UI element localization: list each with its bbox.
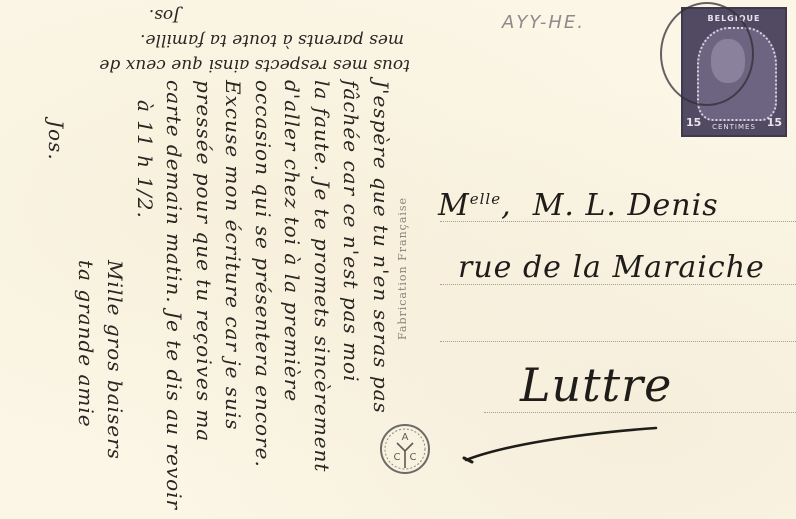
recipient-name-text: M. L. Denis bbox=[533, 188, 719, 223]
publisher-logo-icon: A C C bbox=[378, 422, 432, 476]
message-line: d'aller chez toi à la première bbox=[277, 80, 307, 519]
message-line: occasion qui se présentera encore. bbox=[248, 80, 278, 519]
stamp-country: BELGIQUE bbox=[683, 14, 785, 23]
closing-signature: Jos. bbox=[41, 80, 71, 519]
recipient-city: Luttre bbox=[520, 358, 672, 412]
message-line: Excuse mon écriture car je suis bbox=[218, 80, 248, 519]
postcard-back: tous mes respects ainsi que ceux de mes … bbox=[0, 0, 796, 519]
postscript-line: mes parents à toute ta famille. bbox=[10, 27, 410, 52]
svg-text:A: A bbox=[402, 432, 409, 443]
svg-text:C: C bbox=[394, 452, 401, 463]
stamp-value: 15 bbox=[686, 116, 701, 129]
address-dotted-line bbox=[440, 341, 796, 342]
closing-line: Mille gros baisers bbox=[100, 80, 130, 519]
recipient-street: rue de la Maraiche bbox=[458, 250, 765, 285]
stamp-value: 15 bbox=[767, 116, 782, 129]
recipient-title: M bbox=[438, 188, 470, 223]
recipient-title-sup: elle bbox=[470, 190, 501, 208]
message-line: à 11 h 1/2. bbox=[130, 80, 160, 519]
svg-text:C: C bbox=[410, 452, 417, 463]
address-dotted-line bbox=[484, 412, 796, 413]
king-portrait-icon bbox=[711, 39, 745, 83]
message-line: fâchée car ce n'est pas moi bbox=[336, 80, 366, 519]
postscript-signature: Jos. bbox=[10, 2, 410, 27]
stamp-currency: CENTIMES bbox=[705, 123, 763, 131]
postscript-line: tous mes respects ainsi que ceux de bbox=[10, 52, 410, 77]
flourish-underline-icon bbox=[462, 424, 658, 464]
message-line: pressée pour que tu reçoives ma bbox=[189, 80, 219, 519]
message-line: carte demain matin. Je te dis au revoir bbox=[159, 80, 189, 519]
printer-mark: Fabrication Française bbox=[396, 197, 409, 340]
handwritten-message: J'espère que tu n'en seras pas fâchée ca… bbox=[0, 80, 395, 519]
pencil-reference-note: AYY-HE. bbox=[502, 12, 585, 33]
message-line: la faute. Je te promets sincèrement bbox=[307, 80, 337, 519]
upside-down-postscript: tous mes respects ainsi que ceux de mes … bbox=[10, 2, 410, 77]
postage-stamp: BELGIQUE 15 15 CENTIMES bbox=[678, 4, 790, 140]
closing-line: ta grande amie bbox=[71, 80, 101, 519]
recipient-name: Melle, M. L. Denis bbox=[438, 188, 719, 223]
